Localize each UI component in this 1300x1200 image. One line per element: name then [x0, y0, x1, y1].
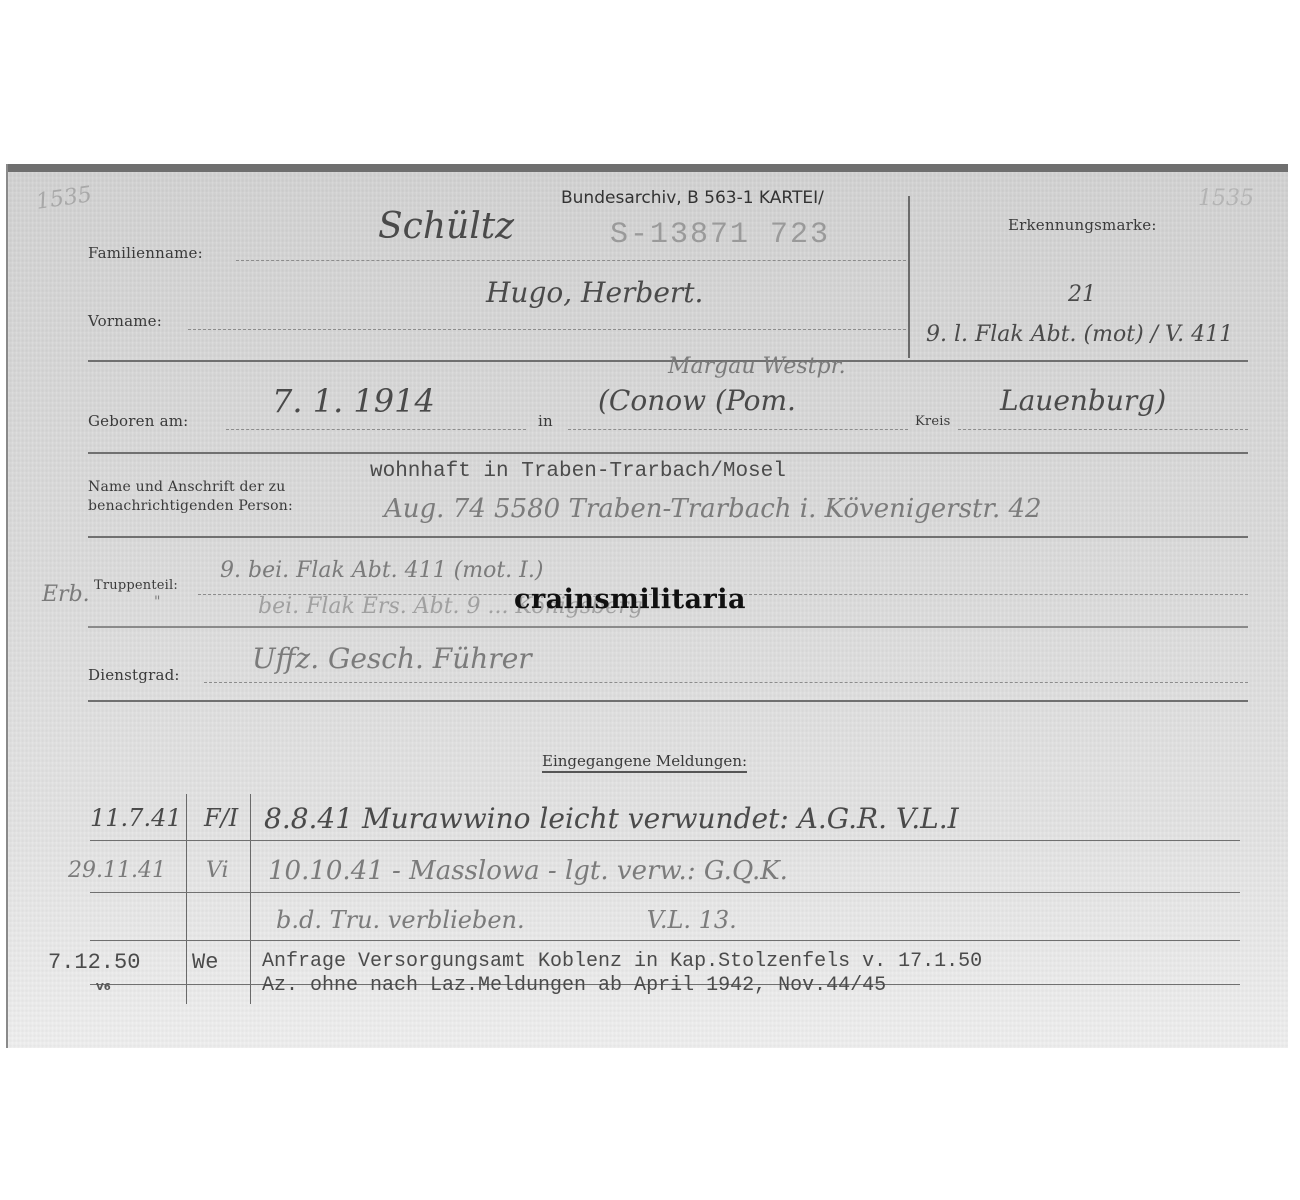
card-top-border: [8, 164, 1288, 172]
familienname-line: [236, 260, 906, 261]
kreis-value: Lauenburg): [1000, 384, 1166, 417]
geboren-in-label: in: [538, 412, 553, 430]
meldung-row-line: [90, 940, 1240, 941]
erkennungsmarke-number: 21: [1068, 282, 1096, 307]
meldung-text: 8.8.41 Murawwino leicht verwundet: A.G.R…: [264, 802, 959, 835]
meldung-date: 7.12.50: [48, 950, 140, 975]
erkennungsmarke-divider: [908, 196, 910, 358]
meldung-text: 10.10.41 - Masslowa - lgt. verw.: G.Q.K.: [268, 856, 788, 886]
meldung-row-line: [90, 840, 1240, 841]
watermark: crainsmilitaria: [514, 584, 746, 615]
geboren-am-value: 7. 1. 1914: [272, 382, 435, 420]
divider-5: [88, 700, 1248, 702]
benachrichtigen-label-1: Name und Anschrift der zu: [88, 478, 285, 497]
vorname-line: [188, 329, 906, 330]
meldung-text: Anfrage Versorgungsamt Koblenz in Kap.St…: [262, 950, 982, 973]
meldungen-heading: Eingegangene Meldungen:: [542, 752, 747, 773]
meldung-code: We: [192, 950, 218, 975]
meldungen-col-divider-1: [186, 794, 187, 1004]
geboren-in-value: (Conow (Pom.: [598, 384, 796, 417]
corner-number-left: 1535: [35, 182, 94, 215]
benachrichtigen-hand: Aug. 74 5580 Traben-Trarbach i. Kövenige…: [384, 494, 1042, 524]
footer-code: V6: [96, 982, 111, 993]
personnel-index-card: 1535 1535 Bundesarchiv, B 563-1 KARTEI/ …: [6, 164, 1288, 1048]
benachrichtigen-typed: wohnhaft in Traben-Trarbach/Mosel: [370, 460, 786, 483]
dienstgrad-line: [204, 682, 1248, 683]
geboren-in-annotation: Margau Westpr.: [668, 354, 846, 379]
geboren-am-line: [226, 429, 526, 430]
meldungen-col-divider-2: [250, 794, 251, 1004]
kreis-line: [958, 429, 1248, 430]
benachrichtigen-label-2: benachrichtigenden Person:: [88, 497, 293, 516]
truppenteil-ditto: ": [154, 594, 160, 610]
vorname-value: Hugo, Herbert.: [486, 276, 703, 309]
meldung-text: Az. ohne nach Laz.Meldungen ab April 194…: [262, 974, 886, 997]
geboren-am-label: Geboren am:: [88, 412, 188, 430]
meldung-date: 29.11.41: [68, 858, 166, 883]
meldung-row-line: [90, 892, 1240, 893]
geboren-in-line: [568, 429, 908, 430]
divider-2: [88, 452, 1248, 454]
dienstgrad-value: Uffz. Gesch. Führer: [252, 642, 532, 675]
vorname-label: Vorname:: [88, 312, 162, 330]
familienname-value: Schültz: [378, 206, 514, 247]
truppenteil-line-1: 9. bei. Flak Abt. 411 (mot. I.): [220, 558, 543, 583]
truppenteil-prefix: Erb.: [42, 582, 90, 607]
erkennungsmarke-unit: 9. l. Flak Abt. (mot) / V. 411: [926, 322, 1233, 347]
meldung-text: b.d. Tru. verblieben. V.L. 13.: [276, 906, 737, 934]
divider-4: [88, 626, 1248, 628]
meldung-code: F/I: [204, 804, 238, 832]
archive-reference: Bundesarchiv, B 563-1 KARTEI/: [561, 188, 824, 208]
familienname-label: Familienname:: [88, 244, 203, 262]
meldung-date: 11.7.41: [90, 804, 182, 832]
corner-number-right: 1535: [1198, 186, 1254, 211]
archive-stamp-number: S-13871 723: [610, 218, 830, 252]
kreis-label: Kreis: [915, 414, 950, 429]
divider-3: [88, 536, 1248, 538]
dienstgrad-label: Dienstgrad:: [88, 666, 180, 684]
meldung-code: Vi: [206, 858, 229, 883]
truppenteil-label: Truppenteil:: [94, 578, 178, 593]
erkennungsmarke-label: Erkennungsmarke:: [1008, 216, 1157, 234]
